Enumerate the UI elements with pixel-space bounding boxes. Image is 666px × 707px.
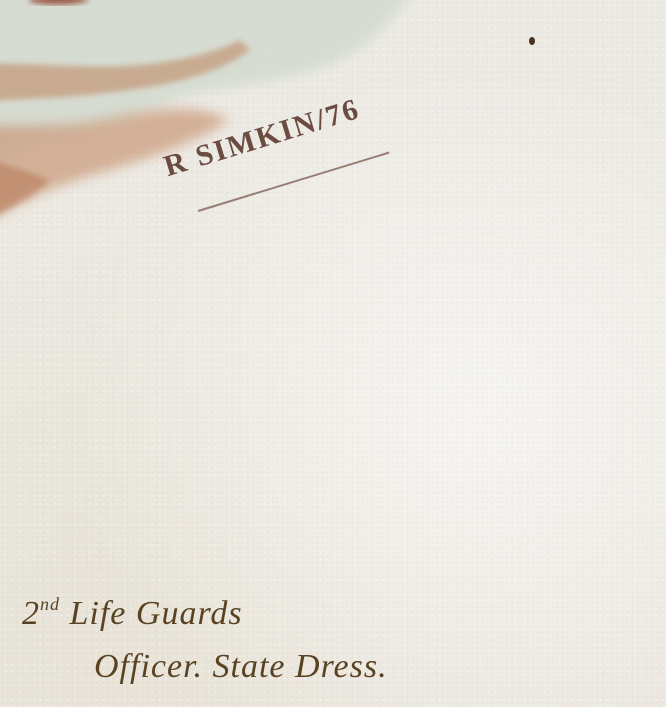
- caption-line-2: Officer. State Dress.: [94, 648, 388, 686]
- artist-signature: R SIMKIN/76: [160, 92, 364, 184]
- caption-ordinal-number: 2: [22, 595, 40, 632]
- paper-stain-dot: [529, 37, 535, 45]
- watercolor-paper: R SIMKIN/76 2nd Life Guards Officer. Sta…: [0, 0, 666, 707]
- signature-name: R SIMKIN: [160, 105, 321, 183]
- caption-subject: Officer. State Dress.: [94, 648, 388, 685]
- caption-line-1: 2nd Life Guards: [22, 594, 243, 633]
- caption-ordinal-suffix: nd: [40, 594, 60, 614]
- caption-regiment: Life Guards: [70, 595, 243, 632]
